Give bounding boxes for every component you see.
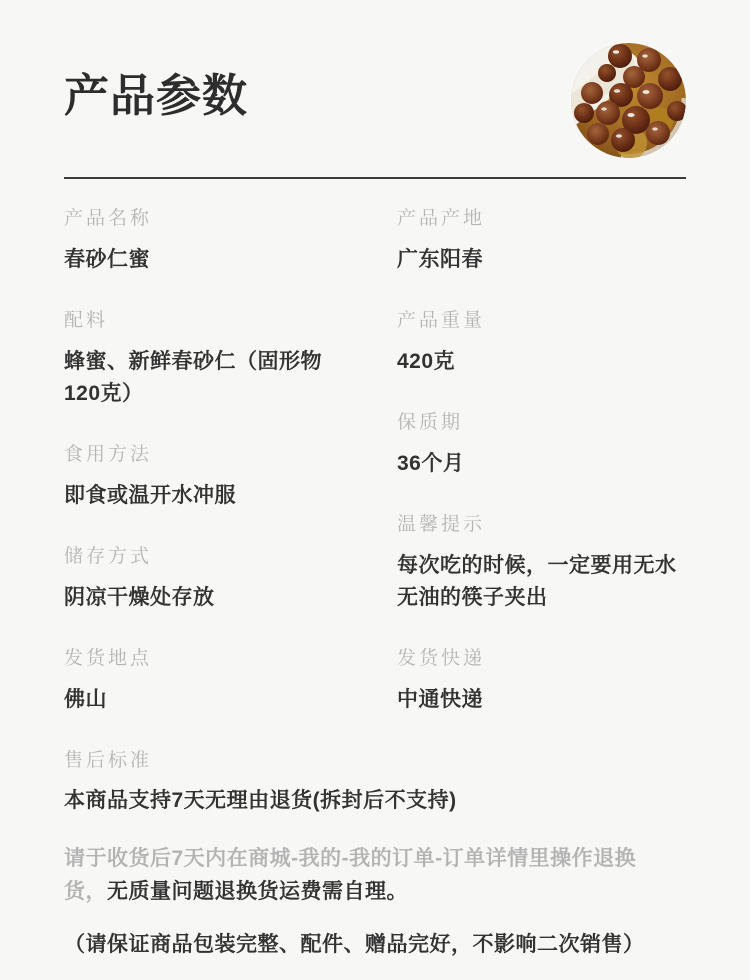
spec-value: 阴凉干燥处存放 [64, 582, 332, 614]
spec-value: 36个月 [397, 448, 681, 480]
spec-label: 温馨提示 [397, 514, 686, 536]
after-sales-section: 售后标准 本商品支持7天无理由退货(拆封后不支持) 请于收货后7天内在商城-我的… [64, 750, 686, 960]
page-title: 产品参数 [64, 73, 248, 118]
header: 产品参数 [64, 0, 686, 158]
spec-field-courier: 发货快递 中通快递 [397, 648, 686, 716]
spec-field-product-name: 产品名称 春砂仁蜜 [64, 208, 397, 276]
product-photo-image [571, 43, 686, 158]
spec-value: 佛山 [64, 684, 332, 716]
specs-column-left: 产品名称 春砂仁蜜 配料 蜂蜜、新鲜春砂仁（固形物120克） 食用方法 即食或温… [64, 208, 397, 750]
spec-field-origin: 产品产地 广东阳春 [397, 208, 686, 276]
spec-field-usage: 食用方法 即食或温开水冲服 [64, 444, 397, 512]
after-sales-footnote: （请保证商品包装完整、配件、赠品完好，不影响二次销售） [64, 930, 686, 960]
spec-field-ingredients: 配料 蜂蜜、新鲜春砂仁（固形物120克） [64, 310, 397, 410]
after-sales-note-dark: 无质量问题退换货运费需自理。 [107, 880, 408, 903]
after-sales-policy: 本商品支持7天无理由退货(拆封后不支持) [64, 786, 686, 816]
product-photo [571, 43, 686, 158]
specs-column-right: 产品产地 广东阳春 产品重量 420克 保质期 36个月 温馨提示 每次吃的时候… [397, 208, 686, 750]
spec-value: 春砂仁蜜 [64, 244, 332, 276]
divider [64, 177, 686, 179]
spec-label: 食用方法 [64, 444, 397, 466]
spec-value: 每次吃的时候，一定要用无水无油的筷子夹出 [397, 550, 681, 614]
spec-value: 广东阳春 [397, 244, 681, 276]
spec-label: 发货快递 [397, 648, 686, 670]
spec-label: 产品重量 [397, 310, 686, 332]
specs-grid: 产品名称 春砂仁蜜 配料 蜂蜜、新鲜春砂仁（固形物120克） 食用方法 即食或温… [64, 208, 686, 750]
spec-field-shelf-life: 保质期 36个月 [397, 412, 686, 480]
after-sales-note: 请于收货后7天内在商城-我的-我的订单-订单详情里操作退换货，无质量问题退换货运… [64, 842, 656, 908]
product-params-page: 产品参数 [0, 0, 750, 980]
spec-label: 配料 [64, 310, 397, 332]
spec-field-weight: 产品重量 420克 [397, 310, 686, 378]
spec-field-tips: 温馨提示 每次吃的时候，一定要用无水无油的筷子夹出 [397, 514, 686, 614]
spec-value: 中通快递 [397, 684, 681, 716]
after-sales-label: 售后标准 [64, 750, 686, 772]
spec-value: 蜂蜜、新鲜春砂仁（固形物120克） [64, 346, 332, 410]
spec-value: 420克 [397, 346, 681, 378]
spec-label: 保质期 [397, 412, 686, 434]
spec-label: 发货地点 [64, 648, 397, 670]
spec-label: 产品名称 [64, 208, 397, 230]
spec-field-ship-from: 发货地点 佛山 [64, 648, 397, 716]
spec-label: 储存方式 [64, 546, 397, 568]
spec-value: 即食或温开水冲服 [64, 480, 332, 512]
spec-label: 产品产地 [397, 208, 686, 230]
spec-field-storage: 储存方式 阴凉干燥处存放 [64, 546, 397, 614]
